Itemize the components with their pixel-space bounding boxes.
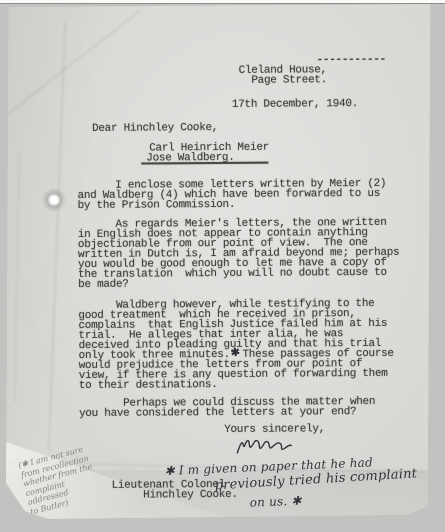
photo-edge (0, 0, 445, 4)
letter-content: ----------- Cleland House, Page Street. … (4, 3, 434, 521)
handwritten-star-annotation: ✱ (230, 345, 241, 359)
sender-address: Cleland House, Page Street. (239, 65, 327, 86)
paragraph-4: Perhaps we could discuss the matter when… (79, 397, 375, 419)
closing-line: Yours sincerely, (224, 424, 325, 435)
salutation: Dear Hinchley Cooke, (92, 123, 218, 134)
paragraph-2: As regards Meier's letters, the one writ… (78, 218, 400, 290)
scanned-letter-photo: ----------- Cleland House, Page Street. … (0, 0, 445, 532)
letter-date: 17th December, 1940. (232, 99, 358, 110)
pencil-margin-note: (✱ I am not sure from recollection wheth… (17, 444, 100, 517)
paragraph-1: I enclose some letters written by Meier … (77, 179, 386, 211)
letter-paper: ----------- Cleland House, Page Street. … (6, 4, 432, 519)
typed-dashed-rule: ----------- (317, 55, 386, 65)
ink-note-line3: on us. ✱ (249, 494, 301, 510)
signature-scribble (234, 435, 294, 457)
